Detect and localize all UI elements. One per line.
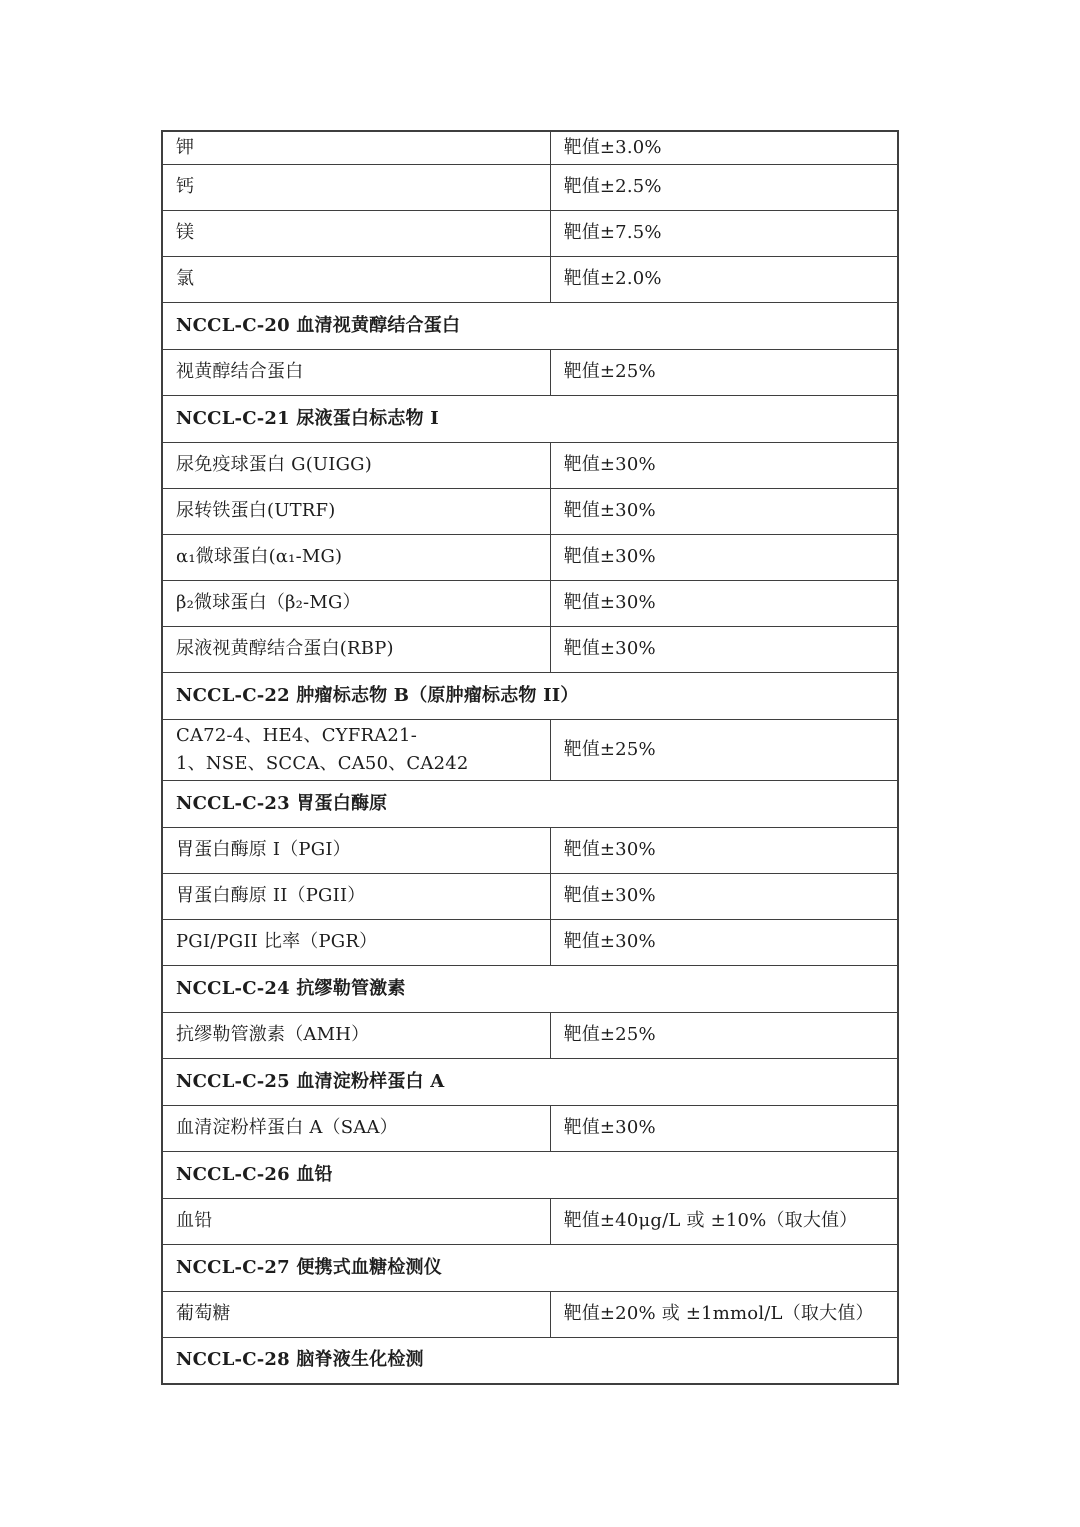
section-title: NCCL-C-26 血铅 xyxy=(162,1151,898,1198)
section-row: NCCL-C-24 抗缪勒管激素 xyxy=(162,965,898,1012)
item-label: 胃蛋白酶原 I（PGI） xyxy=(162,827,550,873)
table-row: 钾靶值±3.0% xyxy=(162,131,898,164)
document-page: 钾靶值±3.0%钙靶值±2.5%镁靶值±7.5%氯靶值±2.0%NCCL-C-2… xyxy=(0,0,1080,1527)
item-label: 尿液视黄醇结合蛋白(RBP) xyxy=(162,626,550,672)
target-value: 靶值±30% xyxy=(550,534,898,580)
target-value: 靶值±2.5% xyxy=(550,164,898,210)
table-row: 尿转铁蛋白(UTRF)靶值±30% xyxy=(162,488,898,534)
item-label: CA72-4、HE4、CYFRA21- 1、NSE、SCCA、CA50、CA24… xyxy=(162,719,550,780)
target-value: 靶值±7.5% xyxy=(550,210,898,256)
target-value: 靶值±25% xyxy=(550,1012,898,1058)
section-title: NCCL-C-20 血清视黄醇结合蛋白 xyxy=(162,302,898,349)
item-label: 尿免疫球蛋白 G(UIGG) xyxy=(162,442,550,488)
section-title: NCCL-C-21 尿液蛋白标志物 I xyxy=(162,395,898,442)
target-value: 靶值±30% xyxy=(550,626,898,672)
section-title: NCCL-C-25 血清淀粉样蛋白 A xyxy=(162,1058,898,1105)
section-title: NCCL-C-23 胃蛋白酶原 xyxy=(162,780,898,827)
section-title: NCCL-C-24 抗缪勒管激素 xyxy=(162,965,898,1012)
item-label: 胃蛋白酶原 II（PGII） xyxy=(162,873,550,919)
table-row: 尿免疫球蛋白 G(UIGG)靶值±30% xyxy=(162,442,898,488)
item-label: PGI/PGII 比率（PGR） xyxy=(162,919,550,965)
section-title: NCCL-C-28 脑脊液生化检测 xyxy=(162,1337,898,1384)
section-row: NCCL-C-26 血铅 xyxy=(162,1151,898,1198)
target-value: 靶值±20% 或 ±1mmol/L（取大值） xyxy=(550,1291,898,1337)
section-row: NCCL-C-22 肿瘤标志物 B（原肿瘤标志物 II） xyxy=(162,672,898,719)
item-label: 钙 xyxy=(162,164,550,210)
table-row: α₁微球蛋白(α₁-MG)靶值±30% xyxy=(162,534,898,580)
item-label: 葡萄糖 xyxy=(162,1291,550,1337)
section-row: NCCL-C-20 血清视黄醇结合蛋白 xyxy=(162,302,898,349)
table-row: 胃蛋白酶原 II（PGII）靶值±30% xyxy=(162,873,898,919)
table-row: 氯靶值±2.0% xyxy=(162,256,898,302)
target-value: 靶值±30% xyxy=(550,919,898,965)
item-label: 抗缪勒管激素（AMH） xyxy=(162,1012,550,1058)
target-value: 靶值±30% xyxy=(550,442,898,488)
target-value: 靶值±30% xyxy=(550,1105,898,1151)
target-value: 靶值±30% xyxy=(550,873,898,919)
target-value: 靶值±25% xyxy=(550,349,898,395)
table-row: 视黄醇结合蛋白靶值±25% xyxy=(162,349,898,395)
item-label: 尿转铁蛋白(UTRF) xyxy=(162,488,550,534)
target-value: 靶值±40μg/L 或 ±10%（取大值） xyxy=(550,1198,898,1244)
table-row: PGI/PGII 比率（PGR）靶值±30% xyxy=(162,919,898,965)
criteria-table: 钾靶值±3.0%钙靶值±2.5%镁靶值±7.5%氯靶值±2.0%NCCL-C-2… xyxy=(161,130,899,1385)
section-row: NCCL-C-27 便携式血糖检测仪 xyxy=(162,1244,898,1291)
item-label: α₁微球蛋白(α₁-MG) xyxy=(162,534,550,580)
item-label: 视黄醇结合蛋白 xyxy=(162,349,550,395)
target-value: 靶值±25% xyxy=(550,719,898,780)
section-row: NCCL-C-28 脑脊液生化检测 xyxy=(162,1337,898,1384)
target-value: 靶值±2.0% xyxy=(550,256,898,302)
target-value: 靶值±30% xyxy=(550,580,898,626)
table-row: 葡萄糖靶值±20% 或 ±1mmol/L（取大值） xyxy=(162,1291,898,1337)
target-value: 靶值±3.0% xyxy=(550,131,898,164)
table-row: β₂微球蛋白（β₂-MG）靶值±30% xyxy=(162,580,898,626)
item-label: β₂微球蛋白（β₂-MG） xyxy=(162,580,550,626)
target-value: 靶值±30% xyxy=(550,827,898,873)
item-label: 血铅 xyxy=(162,1198,550,1244)
section-row: NCCL-C-21 尿液蛋白标志物 I xyxy=(162,395,898,442)
section-row: NCCL-C-23 胃蛋白酶原 xyxy=(162,780,898,827)
item-label: 氯 xyxy=(162,256,550,302)
table-row: 胃蛋白酶原 I（PGI）靶值±30% xyxy=(162,827,898,873)
table-row: 血铅靶值±40μg/L 或 ±10%（取大值） xyxy=(162,1198,898,1244)
item-label: 镁 xyxy=(162,210,550,256)
section-title: NCCL-C-22 肿瘤标志物 B（原肿瘤标志物 II） xyxy=(162,672,898,719)
criteria-table-body: 钾靶值±3.0%钙靶值±2.5%镁靶值±7.5%氯靶值±2.0%NCCL-C-2… xyxy=(162,131,898,1384)
section-row: NCCL-C-25 血清淀粉样蛋白 A xyxy=(162,1058,898,1105)
table-row: 血清淀粉样蛋白 A（SAA）靶值±30% xyxy=(162,1105,898,1151)
item-label: 血清淀粉样蛋白 A（SAA） xyxy=(162,1105,550,1151)
section-title: NCCL-C-27 便携式血糖检测仪 xyxy=(162,1244,898,1291)
table-row: 抗缪勒管激素（AMH）靶值±25% xyxy=(162,1012,898,1058)
target-value: 靶值±30% xyxy=(550,488,898,534)
item-label: 钾 xyxy=(162,131,550,164)
table-row: 镁靶值±7.5% xyxy=(162,210,898,256)
table-row: 尿液视黄醇结合蛋白(RBP)靶值±30% xyxy=(162,626,898,672)
table-row: CA72-4、HE4、CYFRA21- 1、NSE、SCCA、CA50、CA24… xyxy=(162,719,898,780)
table-row: 钙靶值±2.5% xyxy=(162,164,898,210)
